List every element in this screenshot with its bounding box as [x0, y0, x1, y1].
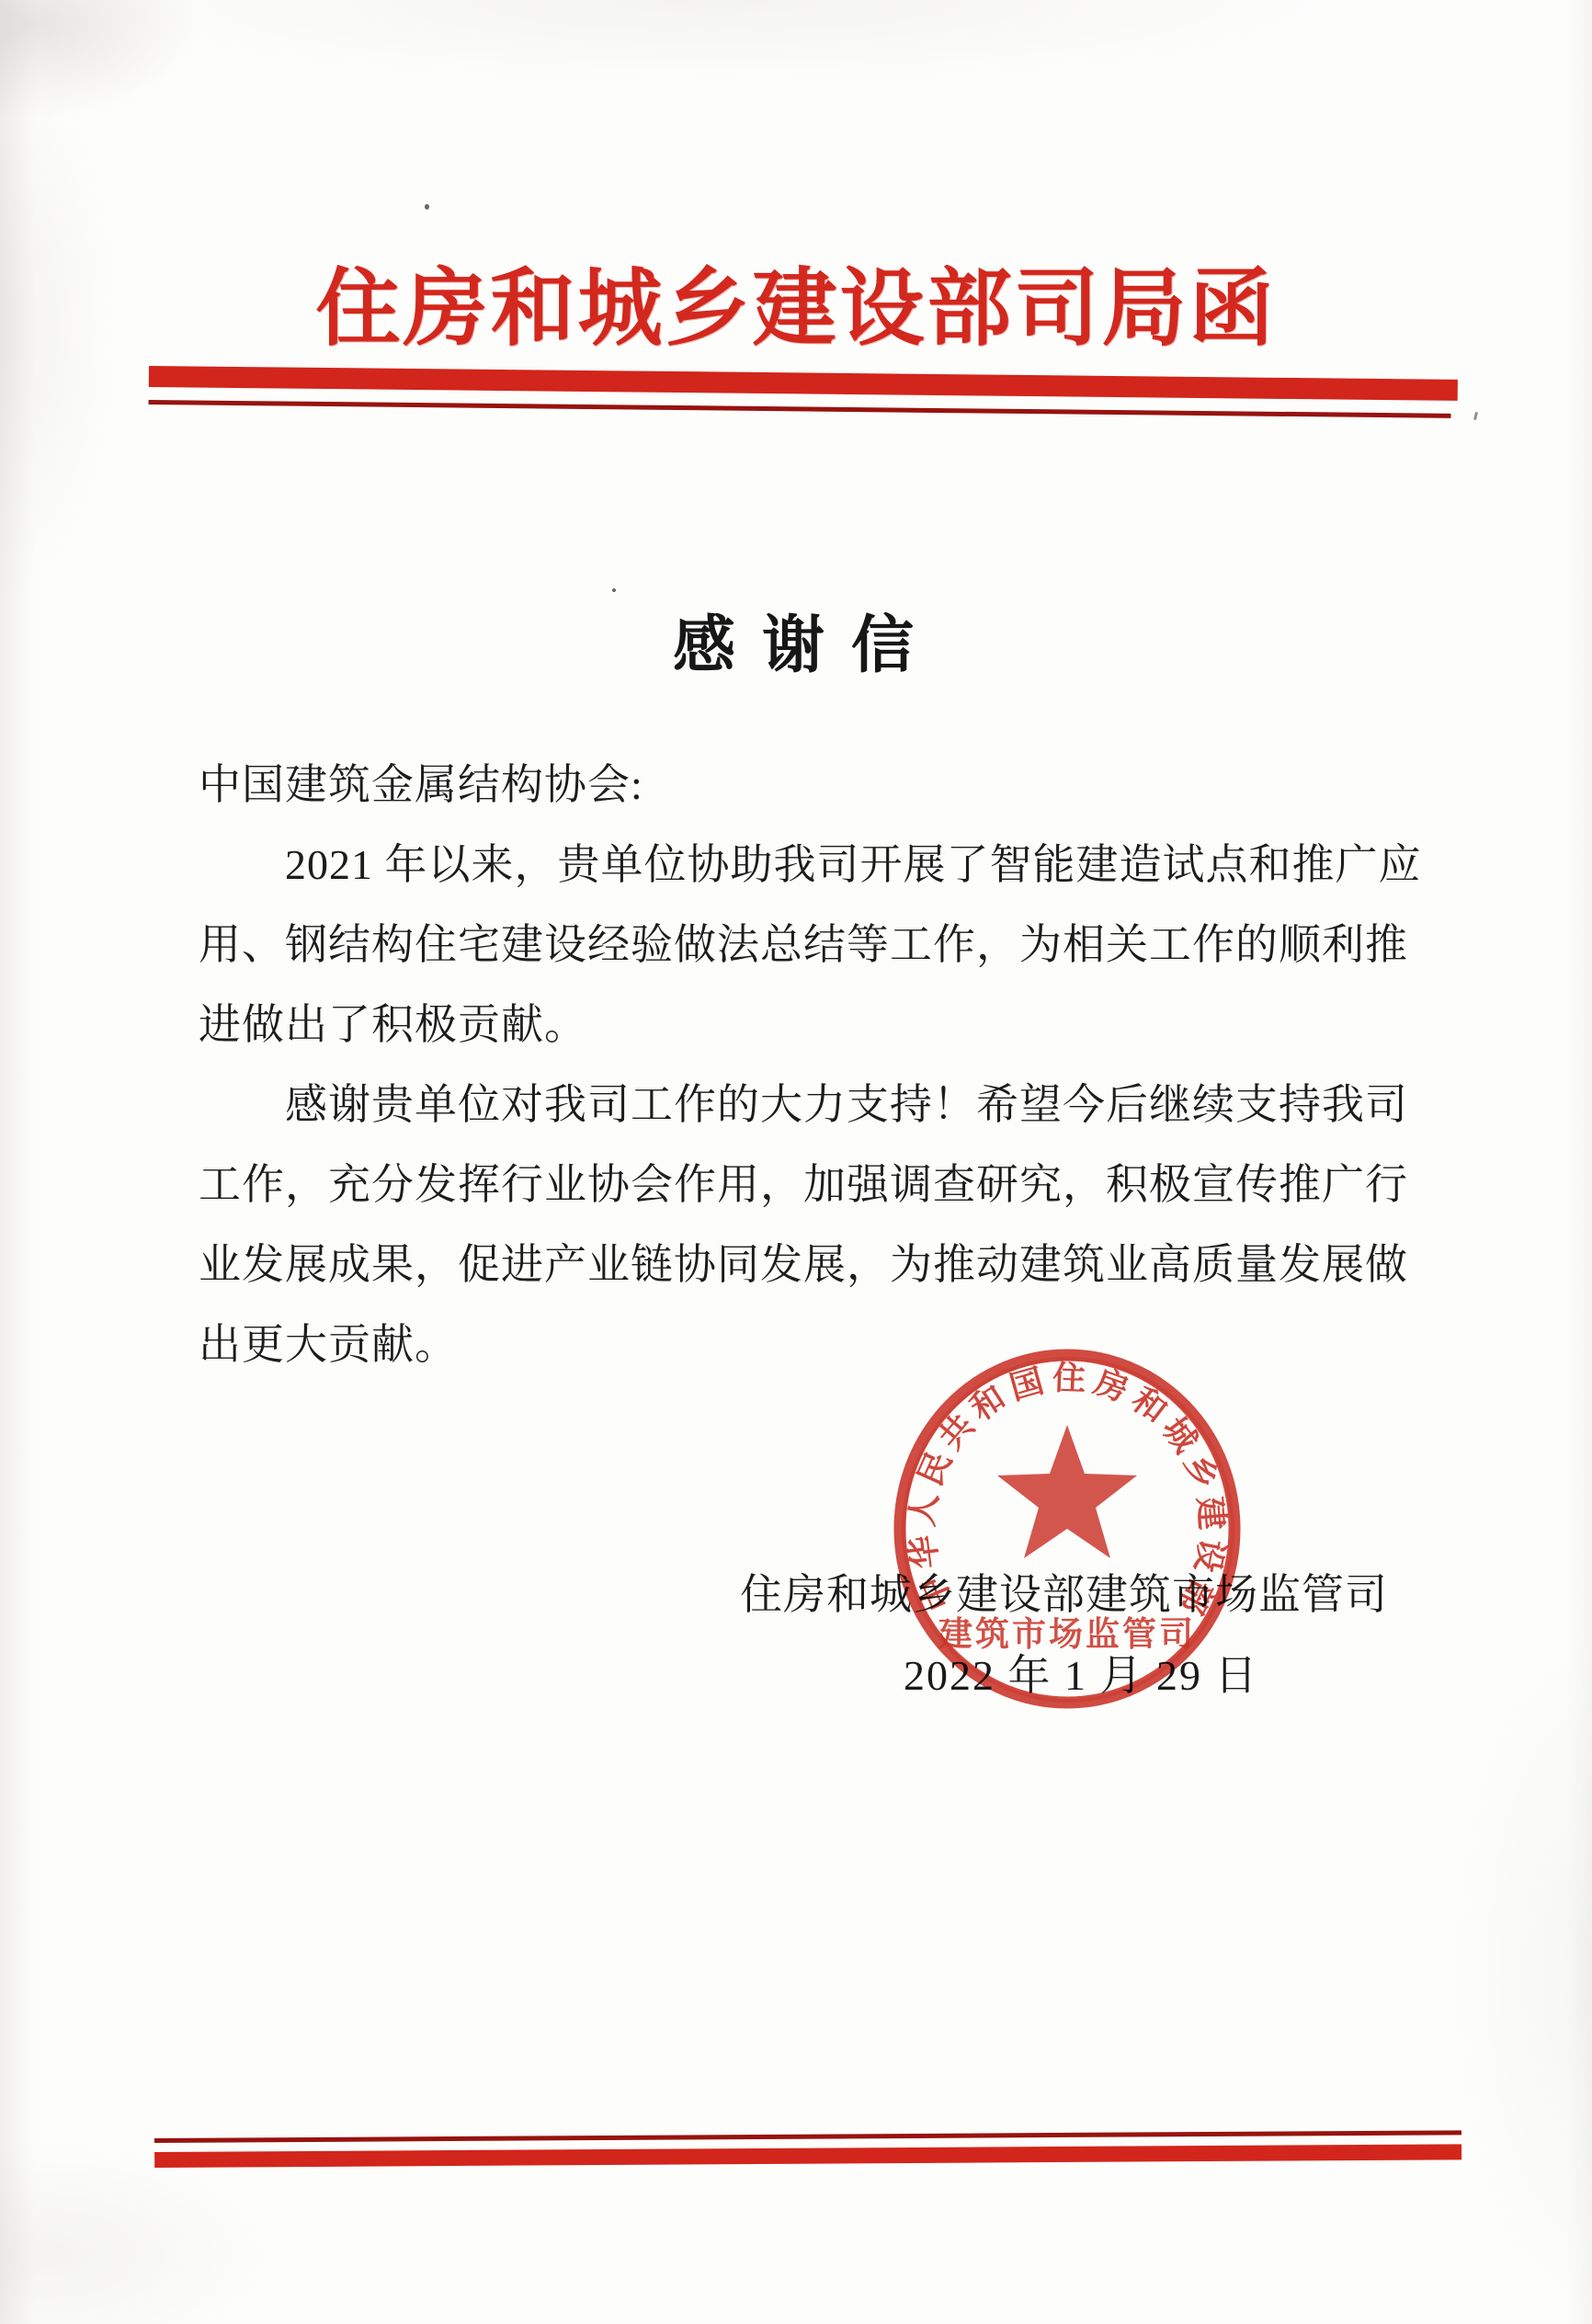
salutation: 中国建筑金属结构协会:: [199, 745, 1398, 825]
scan-speck: [425, 204, 429, 210]
footer-thin-line: [154, 2130, 1461, 2143]
letterhead-title: 住房和城乡建设部司局函: [0, 241, 1592, 362]
letter-body: 中国建筑金属结构协会: 2021 年以来，贵单位协助我司开展了智能建造试点和推广…: [199, 745, 1398, 1384]
footer-separator: [154, 2130, 1461, 2168]
scan-speck: [1473, 412, 1478, 420]
separator-thick-line: [149, 366, 1458, 401]
paragraph-2-line-2: 工作，充分发挥行业协会作用，加强调查研究，积极宣传推广行: [199, 1145, 1398, 1225]
separator-thin-line: [149, 400, 1451, 418]
paragraph-1-line-2: 用、钢结构住宅建设经验做法总结等工作，为相关工作的顺利推: [199, 905, 1398, 985]
paragraph-1-line-3: 进做出了积极贡献。: [199, 985, 1398, 1065]
letter-title: 感 谢 信: [0, 596, 1592, 685]
official-seal: 中华人民共和国住房和城乡建设部 建筑市场监管司: [884, 1344, 1250, 1714]
red-star-icon: [997, 1425, 1137, 1558]
paragraph-2-line-1: 感谢贵单位对我司工作的大力支持！希望今后继续支持我司: [199, 1065, 1398, 1145]
scan-speck: [612, 588, 616, 592]
scanned-letter-page: 住房和城乡建设部司局函 感 谢 信 中国建筑金属结构协会: 2021 年以来，贵…: [0, 0, 1592, 2324]
paragraph-2-line-3: 业发展成果，促进产业链协同发展，为推动建筑业高质量发展做: [199, 1225, 1398, 1304]
letterhead-separator: [149, 366, 1458, 418]
seal-bottom-text: 建筑市场监管司: [938, 1615, 1196, 1654]
footer-thick-line: [154, 2144, 1461, 2168]
paragraph-1-line-1: 2021 年以来，贵单位协助我司开展了智能建造试点和推广应: [199, 825, 1398, 905]
